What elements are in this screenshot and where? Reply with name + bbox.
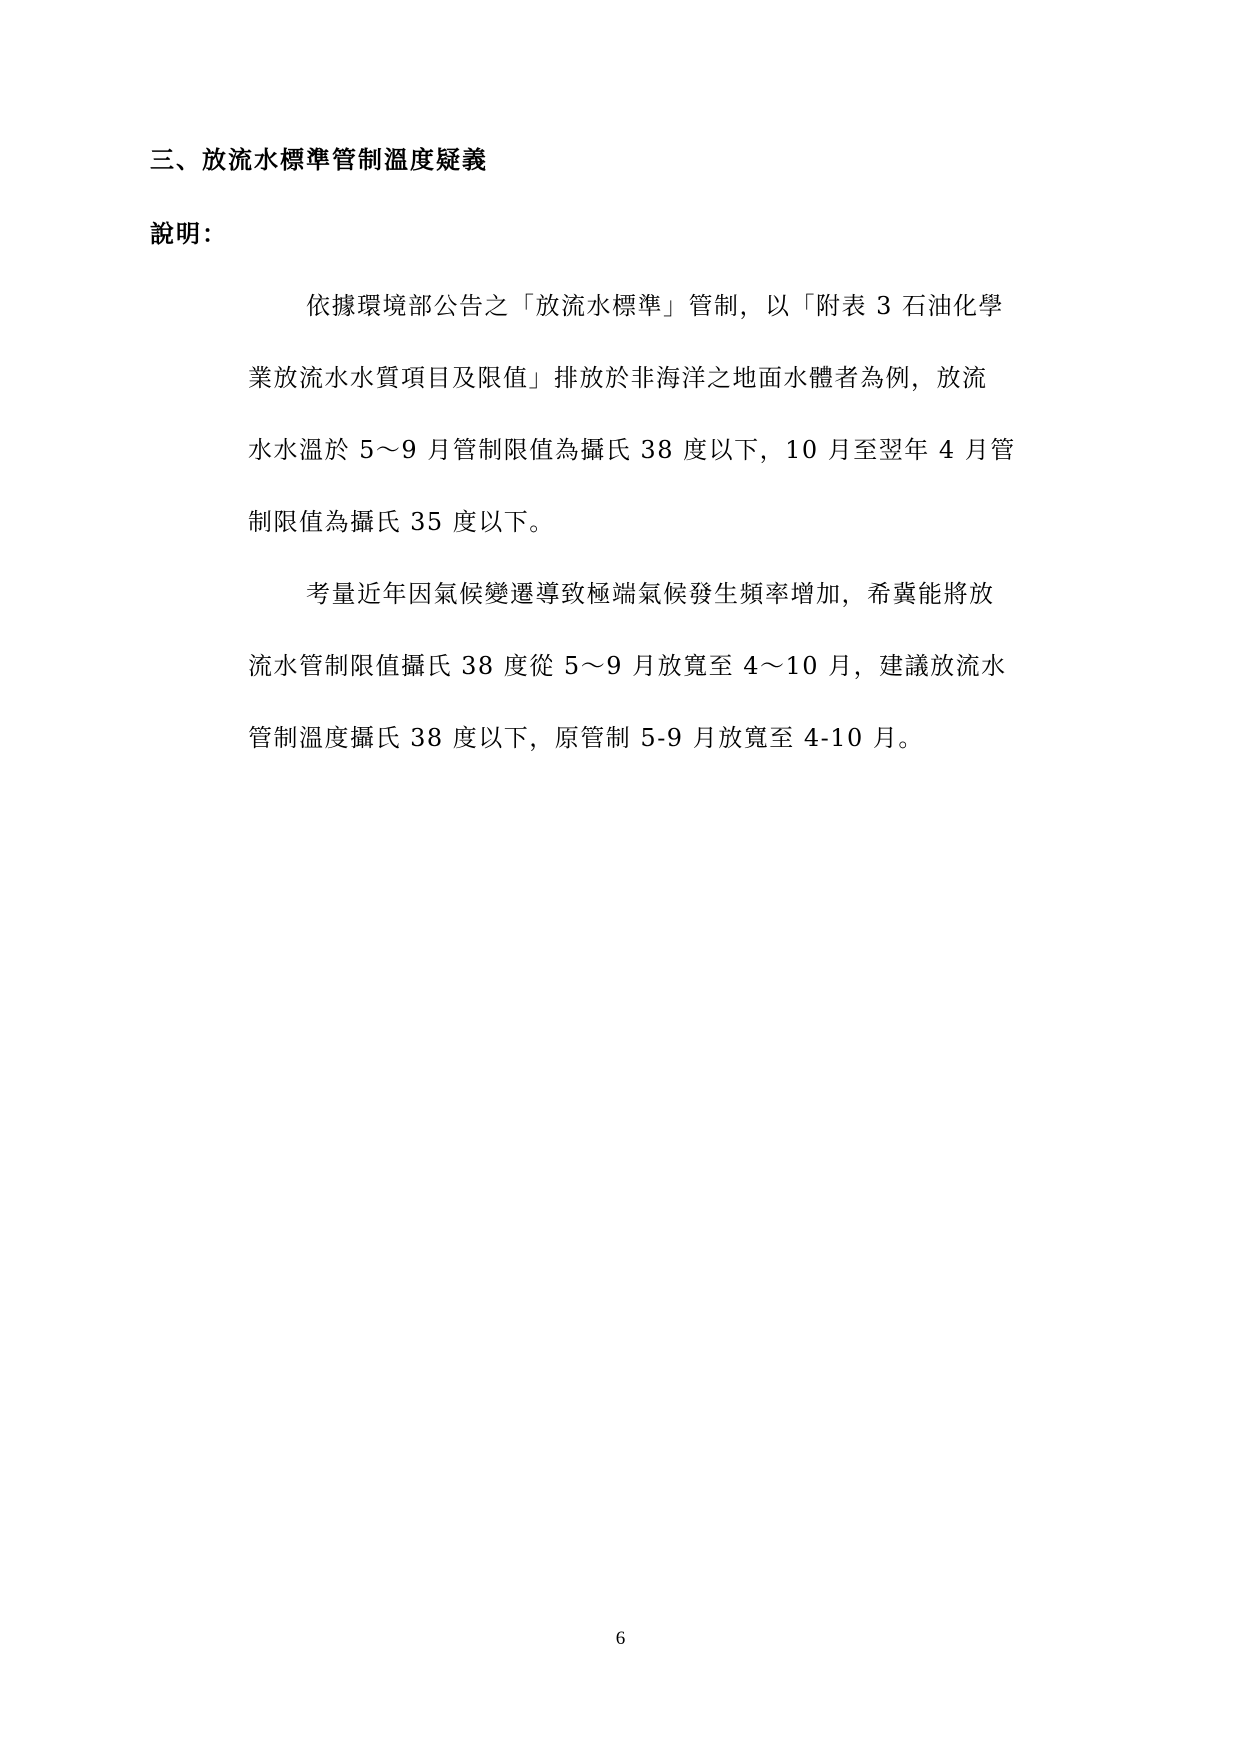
paragraph-line: 水水溫於 5～9 月管制限值為攝氏 38 度以下，10 月至翌年 4 月管 (248, 414, 1076, 486)
paragraph-proposal: 考量近年因氣候變遷導致極端氣候發生頻率增加，希冀能將放 流水管制限值攝氏 38 … (248, 558, 1076, 774)
paragraph-line: 業放流水水質項目及限值」排放於非海洋之地面水體者為例，放流 (248, 342, 1076, 414)
section-heading: 三、放流水標準管制溫度疑義 (150, 140, 488, 175)
paragraph-line: 依據環境部公告之「放流水標準」管制，以「附表 3 石油化學 (248, 270, 1076, 342)
paragraph-regulation: 依據環境部公告之「放流水標準」管制，以「附表 3 石油化學 業放流水水質項目及限… (248, 270, 1076, 558)
page-number: 6 (0, 1628, 1241, 1650)
paragraph-line: 制限值為攝氏 35 度以下。 (248, 486, 1076, 558)
explanation-label: 說明： (150, 214, 228, 249)
paragraph-line: 管制溫度攝氏 38 度以下，原管制 5-9 月放寬至 4-10 月。 (248, 702, 1076, 774)
paragraph-line: 考量近年因氣候變遷導致極端氣候發生頻率增加，希冀能將放 (248, 558, 1076, 630)
paragraph-line: 流水管制限值攝氏 38 度從 5～9 月放寬至 4～10 月，建議放流水 (248, 630, 1076, 702)
